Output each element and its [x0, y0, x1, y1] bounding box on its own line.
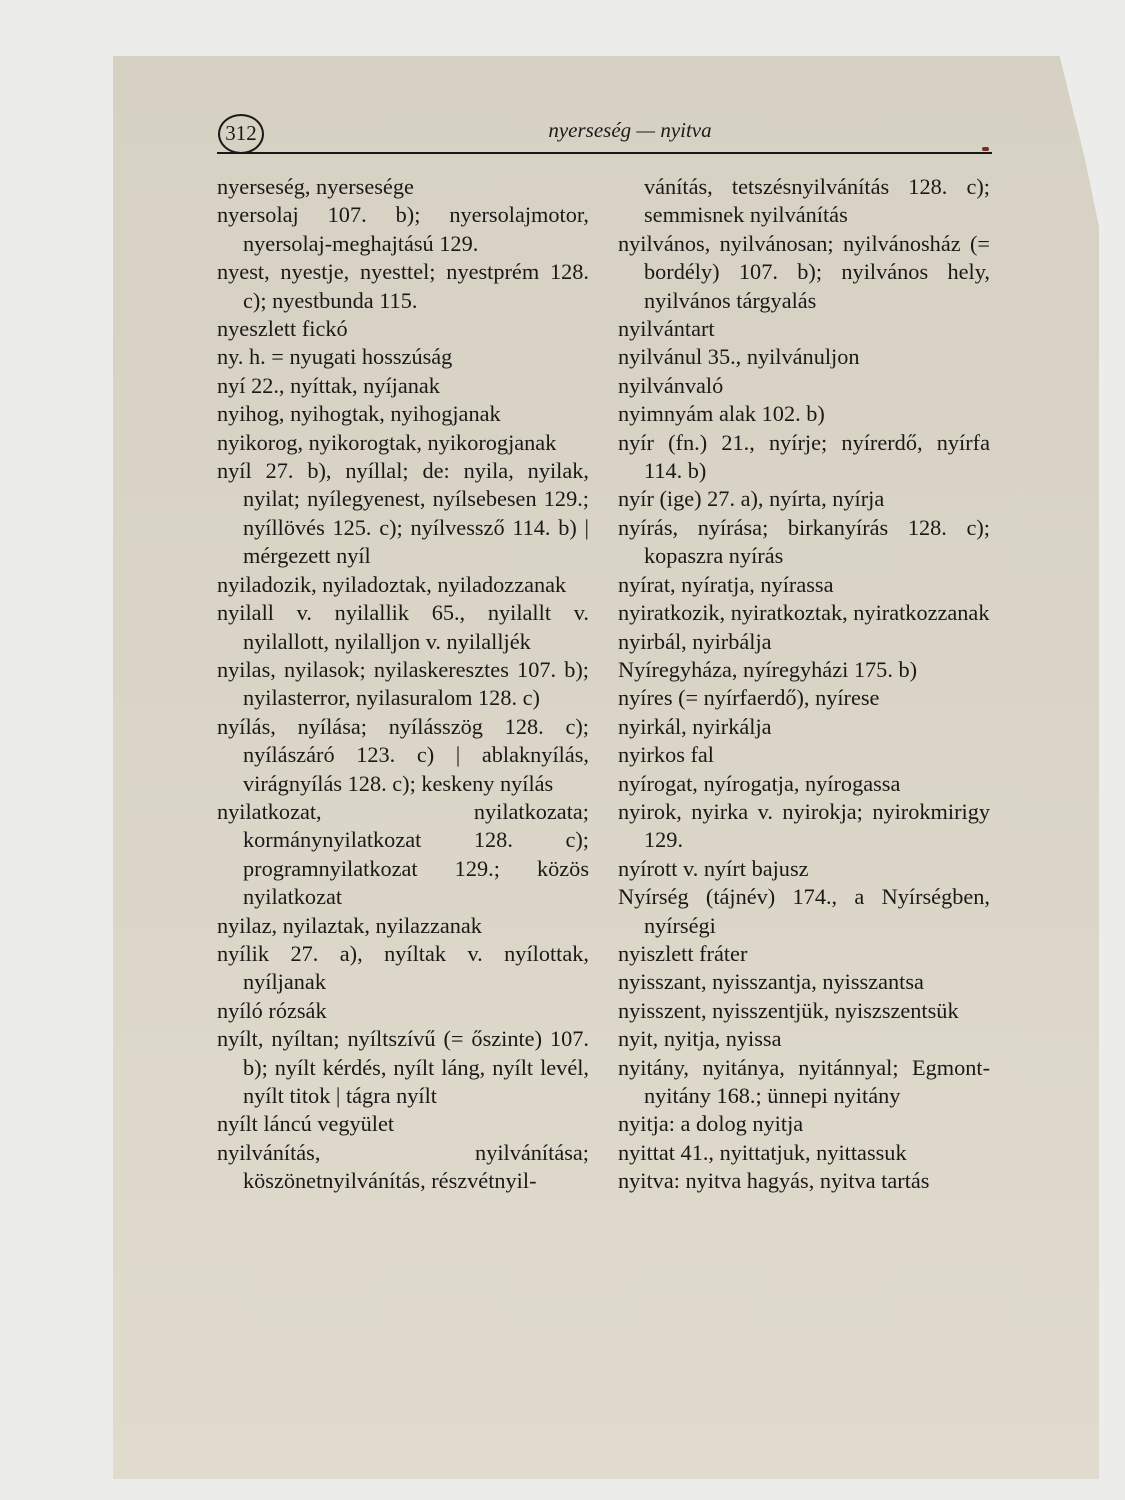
dictionary-entry: nyíló rózsák — [217, 997, 589, 1025]
dictionary-entry: nyí 22., nyíttak, nyíjanak — [217, 372, 589, 400]
dictionary-entry: nyíres (= nyírfaerdő), nyírese — [618, 684, 990, 712]
dictionary-entry: nyír (ige) 27. a), nyírta, nyírja — [618, 485, 990, 513]
dictionary-entry: nyilas, nyilasok; nyilaskeresztes 107. b… — [217, 656, 589, 713]
dictionary-entry: nyisszent, nyisszentjük, nyiszszentsük — [618, 997, 990, 1025]
dictionary-entry: Nyíregyháza, nyíregyházi 175. b) — [618, 656, 990, 684]
header-rule — [217, 152, 992, 154]
dictionary-entry: nyilvánvaló — [618, 372, 990, 400]
dictionary-entry: nyílt, nyíltan; nyíltszívű (= őszinte) 1… — [217, 1025, 589, 1110]
dictionary-entry: nyiladozik, nyiladoztak, nyiladozzanak — [217, 571, 589, 599]
dictionary-entry: nyíl 27. b), nyíllal; de: nyila, nyilak,… — [217, 457, 589, 571]
right-column: vánítás, tetszésnyilvánítás 128. c); sem… — [618, 173, 990, 1196]
dictionary-entry: ny. h. = nyugati hosszúság — [217, 343, 589, 371]
page-number: 312 — [218, 114, 264, 154]
dictionary-entry: nyírat, nyíratja, nyírassa — [618, 571, 990, 599]
dictionary-entry: nyirkos fal — [618, 741, 990, 769]
running-head: nyerseség — nyitva — [260, 118, 1000, 143]
dictionary-entry: nyírás, nyírása; birkanyírás 128. c); ko… — [618, 514, 990, 571]
dictionary-entry: nyilaz, nyilaztak, nyilazzanak — [217, 912, 589, 940]
dictionary-entry: nyír (fn.) 21., nyírje; nyírerdő, nyírfa… — [618, 429, 990, 486]
paper-speck — [982, 147, 989, 151]
dictionary-entry: nyest, nyestje, nyesttel; nyestprém 128.… — [217, 258, 589, 315]
dictionary-entry: nyirkál, nyirkálja — [618, 713, 990, 741]
dictionary-entry: nyerseség, nyersesége — [217, 173, 589, 201]
dictionary-entry: nyeszlett fickó — [217, 315, 589, 343]
dictionary-entry: nyirbál, nyirbálja — [618, 628, 990, 656]
dictionary-entry: nyitva: nyitva hagyás, nyitva tartás — [618, 1167, 990, 1195]
dictionary-entry: nyírogat, nyírogatja, nyírogassa — [618, 770, 990, 798]
dictionary-entry: nyihog, nyihogtak, nyihogjanak — [217, 400, 589, 428]
dictionary-entry: nyirok, nyirka v. nyirokja; nyirokmirigy… — [618, 798, 990, 855]
dictionary-entry: nyílás, nyílása; nyílásszög 128. c); nyí… — [217, 713, 589, 798]
dictionary-entry: nyírott v. nyírt bajusz — [618, 855, 990, 883]
left-column: nyerseség, nyersesége nyersolaj 107. b);… — [217, 173, 589, 1196]
dictionary-entry-continuation: vánítás, tetszésnyilvánítás 128. c); sem… — [618, 173, 990, 230]
dictionary-entry: nyílt láncú vegyület — [217, 1110, 589, 1138]
dictionary-entry: nyiszlett fráter — [618, 940, 990, 968]
dictionary-entry: nyisszant, nyisszantja, nyisszantsa — [618, 968, 990, 996]
dictionary-entry: nyiratkozik, nyiratkoztak, nyiratkozzana… — [618, 599, 990, 627]
dictionary-entry: nyilall v. nyilallik 65., nyilallt v. ny… — [217, 599, 589, 656]
dictionary-entry: nyikorog, nyikorogtak, nyikorogjanak — [217, 429, 589, 457]
dictionary-entry: nyilvános, nyilvánosan; nyilvánosház (= … — [618, 230, 990, 315]
dictionary-entry: nyittat 41., nyittatjuk, nyittassuk — [618, 1139, 990, 1167]
dictionary-entry: nyilvánul 35., nyilvánuljon — [618, 343, 990, 371]
dictionary-entry: nyimnyám alak 102. b) — [618, 400, 990, 428]
dictionary-entry: nyit, nyitja, nyissa — [618, 1025, 990, 1053]
dictionary-entry: nyilatkozat, nyilatkozata; kormánynyilat… — [217, 798, 589, 912]
dictionary-entry: nyilvánítás, nyilvánítása; köszönetnyilv… — [217, 1139, 589, 1196]
dictionary-entry: nyitja: a dolog nyitja — [618, 1110, 990, 1138]
dictionary-entry: nyitány, nyitánya, nyitánnyal; Egmont-ny… — [618, 1054, 990, 1111]
dictionary-entry: Nyírség (tájnév) 174., a Nyírségben, nyí… — [618, 883, 990, 940]
dictionary-entry: nyílik 27. a), nyíltak v. nyílottak, nyí… — [217, 940, 589, 997]
dictionary-entry: nyilvántart — [618, 315, 990, 343]
dictionary-entry: nyersolaj 107. b); nyersolajmotor, nyers… — [217, 201, 589, 258]
